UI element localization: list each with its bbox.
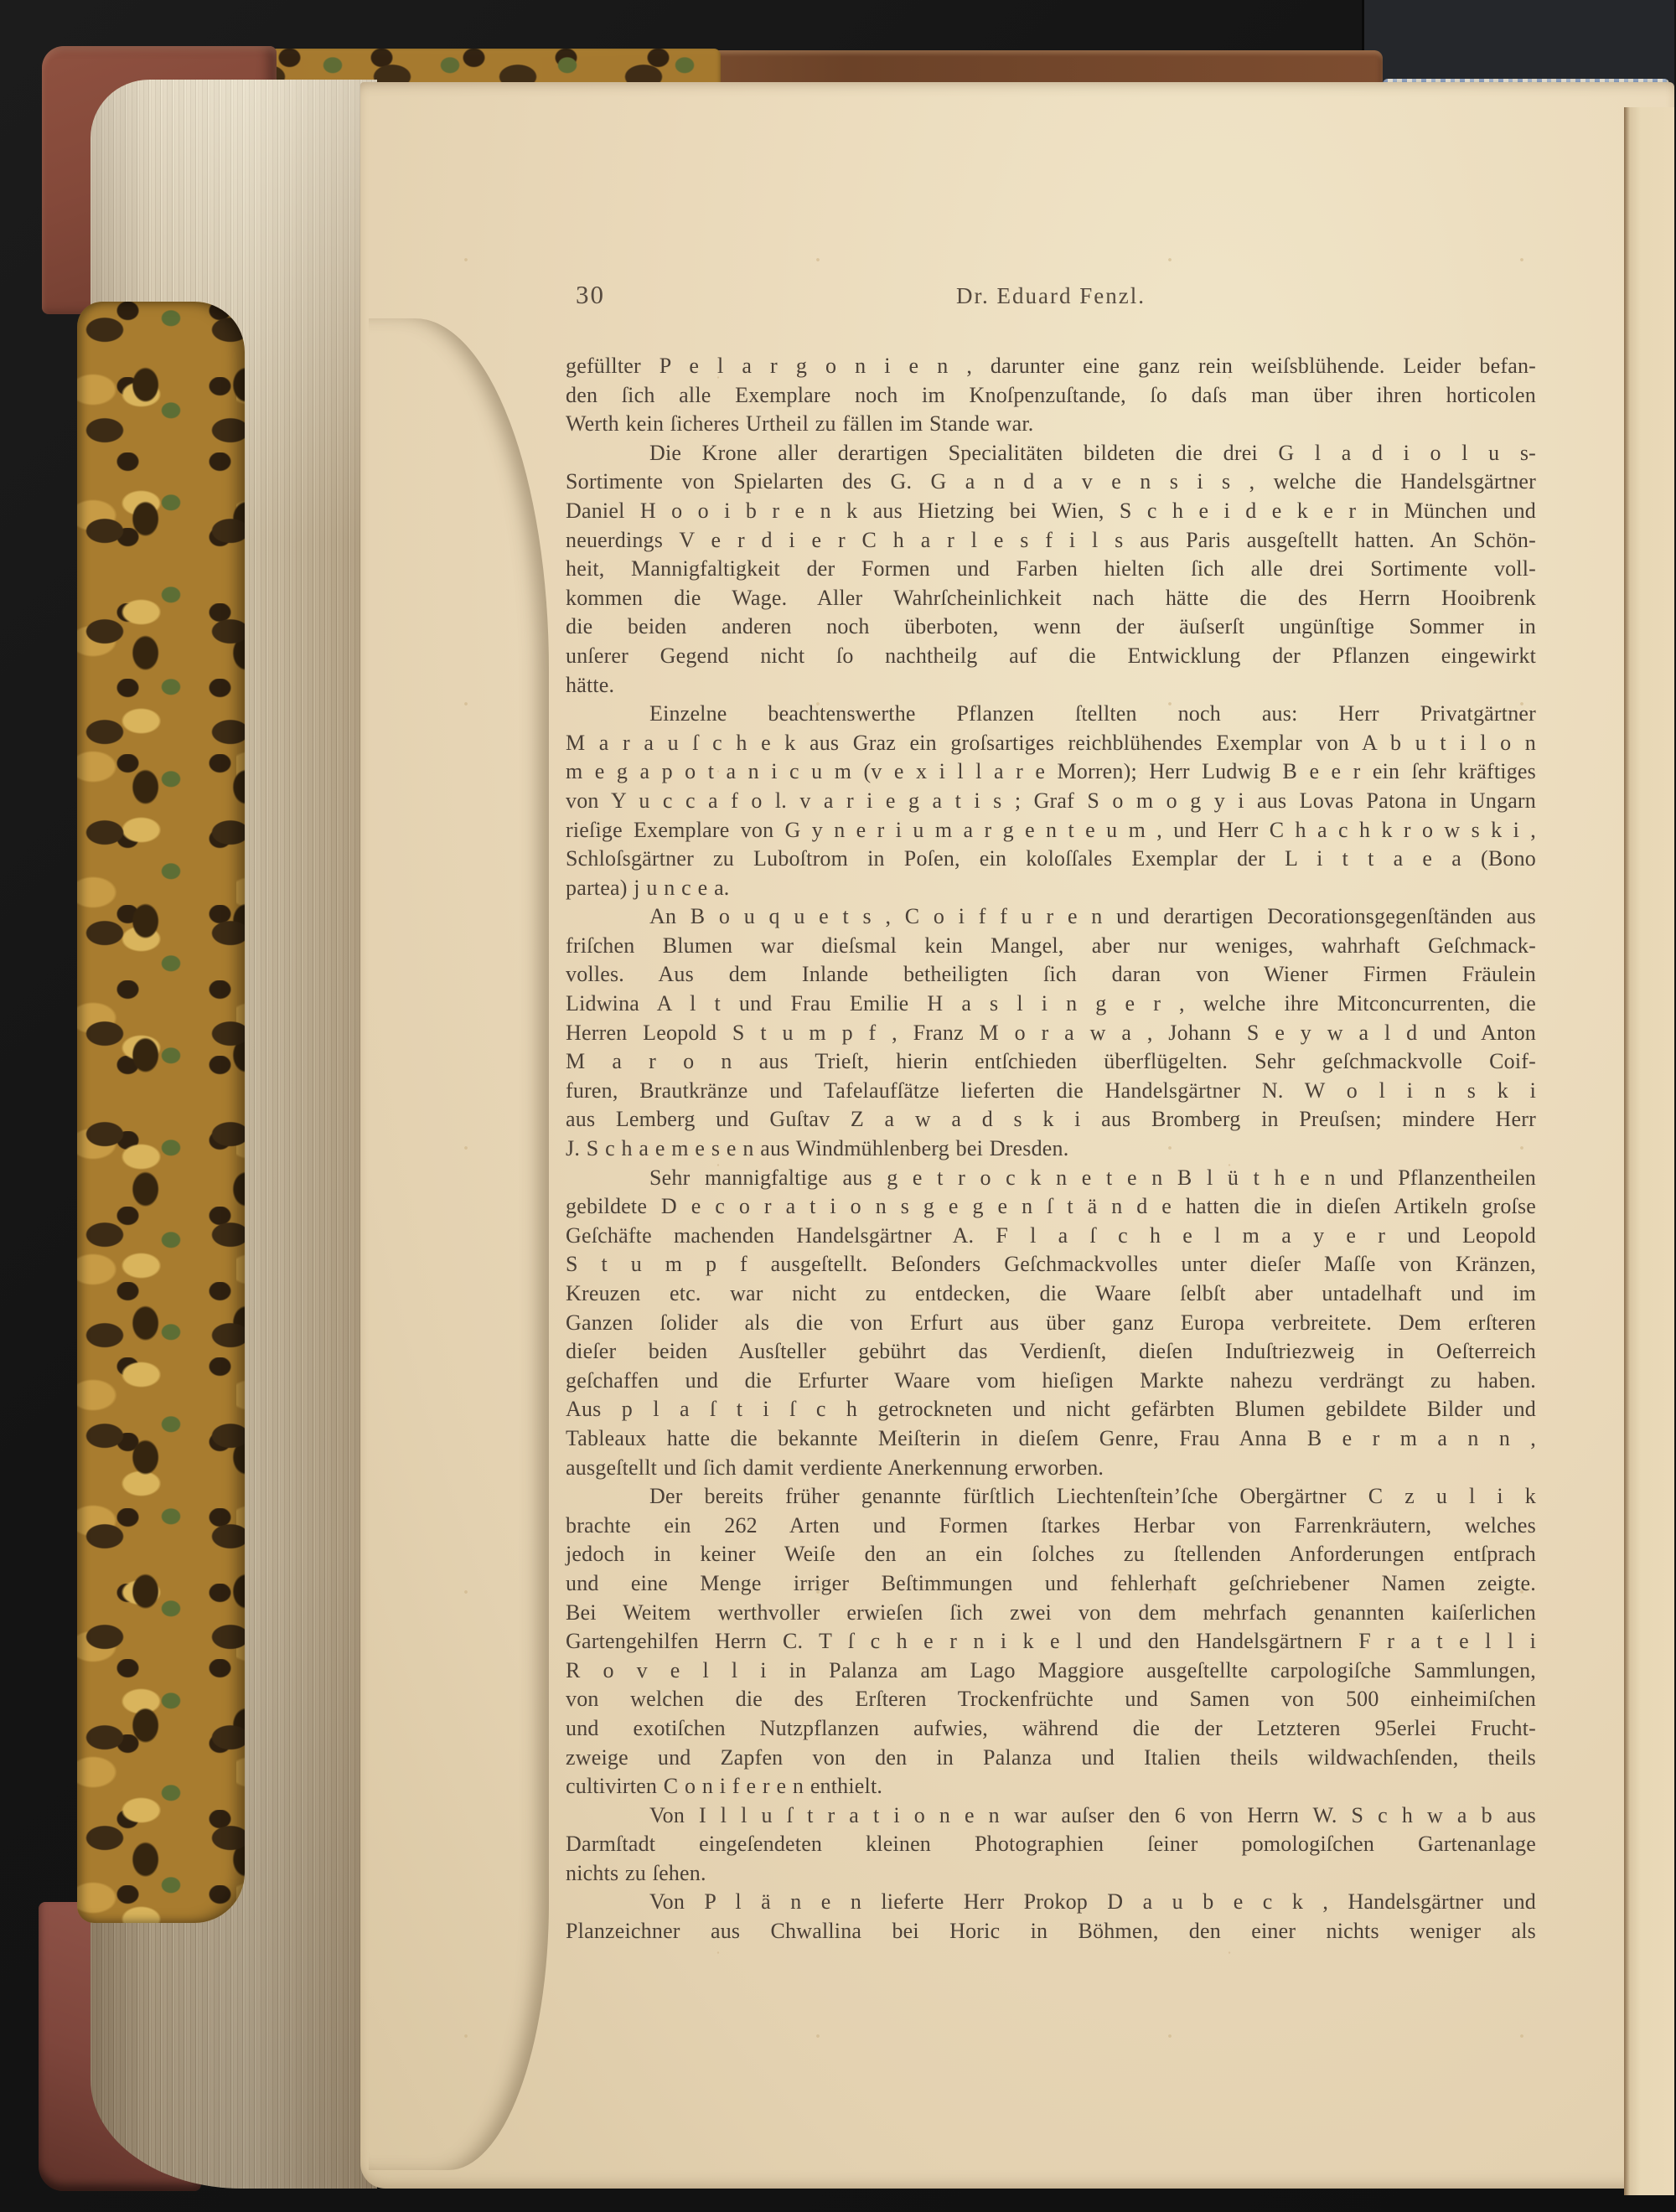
text-line: nichts zu ſehen. xyxy=(566,1859,1536,1889)
text-line: furen, Brautkränze und Tafelaufſätze lie… xyxy=(566,1077,1536,1106)
marbled-cover-edge-side xyxy=(77,302,245,1923)
text-line: unſerer Gegend nicht ſo nachtheilg auf d… xyxy=(566,642,1536,671)
text-line: die beiden anderen noch überboten, wenn … xyxy=(566,612,1536,642)
text-line: Aus p l a ſ t i ſ c h getrockneten und n… xyxy=(566,1395,1536,1424)
text-line: jedoch in keiner Weiſe den an ein ſolche… xyxy=(566,1540,1536,1569)
text-line: Kreuzen etc. war nicht zu entdecken, die… xyxy=(566,1279,1536,1309)
text-line: hätte. xyxy=(566,671,1536,700)
text-line: M a r a u ſ c h e k aus Graz ein groſsar… xyxy=(566,729,1536,758)
text-line: Schloſsgärtner zu Luboſtrom in Poſen, ei… xyxy=(566,845,1536,874)
text-line: rieſige Exemplare von G y n e r i u m a … xyxy=(566,816,1536,845)
text-line: R o v e l l i in Palanza am Lago Maggior… xyxy=(566,1656,1536,1686)
text-line: Herren Leopold S t u m p f , Franz M o r… xyxy=(566,1019,1536,1048)
text-line: Geſchäfte machenden Handelsgärtner A. F … xyxy=(566,1222,1536,1251)
text-line: und eine Menge irriger Beſtimmungen und … xyxy=(566,1569,1536,1599)
text-line: m e g a p o t a n i c u m (v e x i l l a… xyxy=(566,757,1536,787)
running-head: Dr. Eduard Fenzl. xyxy=(566,283,1536,309)
text-line: Ganzen ſolider als die von Erfurt aus üb… xyxy=(566,1309,1536,1338)
page-fore-edge-curve xyxy=(369,318,549,2170)
text-line: heit, Mannigfaltigkeit der Formen und Fa… xyxy=(566,555,1536,584)
text-line: dieſer beiden Ausſteller gebührt das Ver… xyxy=(566,1337,1536,1367)
text-line: cultivirten C o n i f e r e n enthielt. xyxy=(566,1772,1536,1801)
text-line: M a r o n aus Trieſt, hierin entſchieden… xyxy=(566,1047,1536,1077)
text-line: Lidwina A l t und Frau Emilie H a s l i … xyxy=(566,990,1536,1019)
text-line: gefüllter P e l a r g o n i e n , darunt… xyxy=(566,352,1536,381)
text-line: Der bereits früher genannte fürſtlich Li… xyxy=(566,1482,1536,1512)
text-line: volles. Aus dem Inlande betheiligten ſic… xyxy=(566,960,1536,990)
text-line: aus Lemberg und Guſtav Z a w a d s k i a… xyxy=(566,1105,1536,1134)
text-line: Werth kein ſicheres Urtheil zu fällen im… xyxy=(566,410,1536,439)
text-line: geſchaffen und die Erfurter Waare vom hi… xyxy=(566,1367,1536,1396)
text-line: Planzeichner aus Chwallina bei Horic in … xyxy=(566,1917,1536,1946)
text-line: partea) j u n c e a. xyxy=(566,874,1536,903)
text-line: Daniel H o o i b r e n k aus Hietzing be… xyxy=(566,497,1536,526)
text-line: Bei Weitem werthvoller erwieſen ſich zwe… xyxy=(566,1599,1536,1628)
text-line: Die Krone aller derartigen Specialitäten… xyxy=(566,439,1536,468)
text-line: Gartengehilfen Herrn C. T ſ c h e r n i … xyxy=(566,1627,1536,1656)
text-line: und exotiſchen Nutzpflanzen aufwies, wäh… xyxy=(566,1714,1536,1744)
scanned-book-photo: 30 Dr. Eduard Fenzl. gefüllter P e l a r… xyxy=(0,0,1676,2212)
text-line: kommen die Wage. Aller Wahrſcheinlichkei… xyxy=(566,584,1536,613)
text-line: Einzelne beachtenswerthe Pflanzen ſtellt… xyxy=(566,700,1536,729)
text-line: Darmſtadt eingeſendeten kleinen Photogra… xyxy=(566,1830,1536,1859)
text-line: ausgeſtellt und ſich damit verdiente Ane… xyxy=(566,1454,1536,1483)
text-line: den ſich alle Exemplare noch im Knoſpenz… xyxy=(566,381,1536,411)
text-line: gebildete D e c o r a t i o n s g e g e … xyxy=(566,1192,1536,1222)
text-line: brachte ein 262 Arten und Formen ſtarkes… xyxy=(566,1512,1536,1541)
page-header: 30 Dr. Eduard Fenzl. xyxy=(566,278,1536,315)
text-line: Sehr mannigfaltige aus g e t r o c k n e… xyxy=(566,1164,1536,1193)
text-line: An B o u q u e t s , C o i f f u r e n u… xyxy=(566,902,1536,932)
text-line: von Y u c c a f o l. v a r i e g a t i s… xyxy=(566,787,1536,816)
text-line: von welchen die des Erſteren Trockenfrüc… xyxy=(566,1685,1536,1714)
body-text: gefüllter P e l a r g o n i e n , darunt… xyxy=(566,352,1536,1946)
text-line: J. S c h a e m e s e n aus Windmühlenber… xyxy=(566,1134,1536,1164)
text-line: Von I l l u ſ t r a t i o n e n war auſs… xyxy=(566,1801,1536,1831)
text-line: Sortimente von Spielarten des G. G a n d… xyxy=(566,468,1536,497)
facing-page-edge xyxy=(1624,107,1674,2195)
text-line: neuerdings V e r d i e r C h a r l e s f… xyxy=(566,526,1536,556)
text-line: Von P l ä n e n lieferte Herr Prokop D a… xyxy=(566,1888,1536,1917)
text-line: friſchen Blumen war dieſsmal kein Mangel… xyxy=(566,932,1536,961)
text-line: zweige und Zapfen von den in Palanza und… xyxy=(566,1744,1536,1773)
text-line: Tableaux hatte die bekannte Meiſterin in… xyxy=(566,1424,1536,1454)
text-line: S t u m p f ausgeſtellt. Beſonders Geſch… xyxy=(566,1250,1536,1279)
